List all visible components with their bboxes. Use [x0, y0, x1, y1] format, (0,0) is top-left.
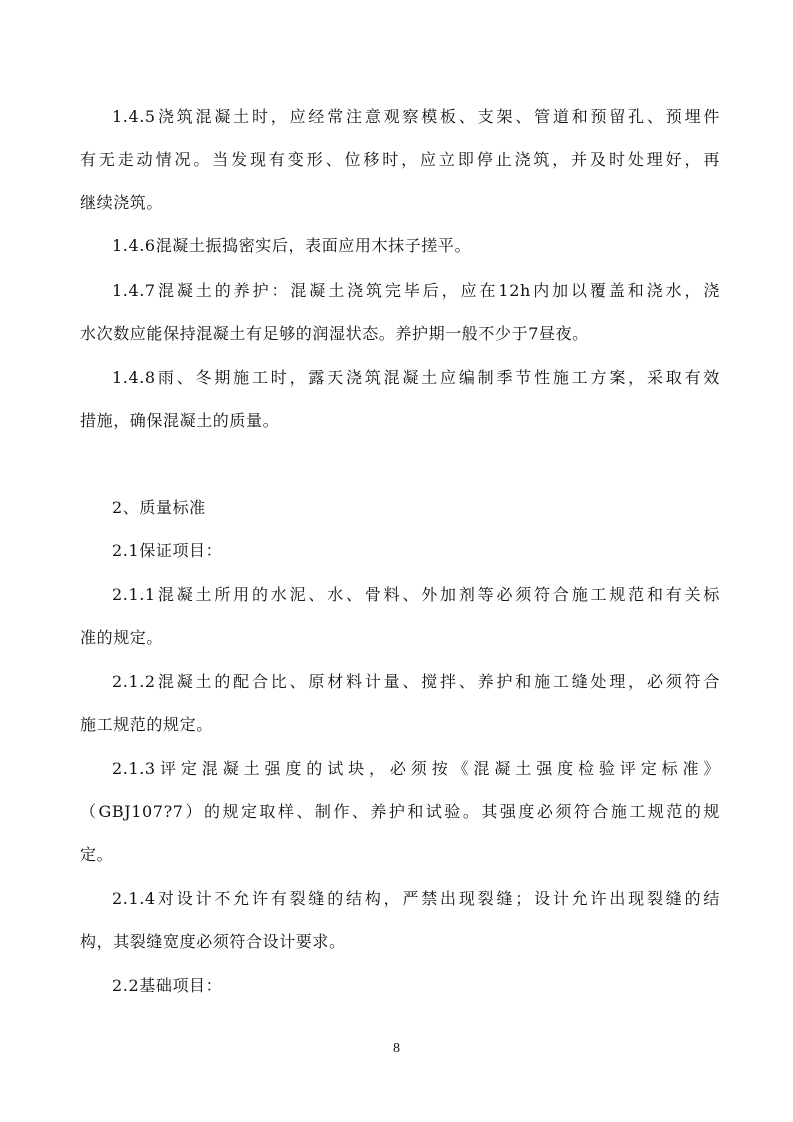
paragraph-1-4-7-line-2: 水次数应能保持混凝土有足够的润湿状态。养护期一般不少于7昼夜。 [80, 324, 720, 344]
paragraph-2-1-4-line-2: 构，其裂缝宽度必须符合设计要求。 [80, 932, 720, 952]
paragraph-1-4-6-line-1: 1.4.6混凝土振捣密实后，表面应用木抹子搓平。 [112, 236, 720, 256]
section-heading-quality-standard: 2、质量标准 [112, 498, 720, 518]
document-page: 1.4.5浇筑混凝土时，应经常注意观察模板、支架、管道和预留孔、预埋件 有无走动… [0, 0, 793, 1122]
page-number: 8 [0, 1040, 793, 1058]
paragraph-1-4-8-line-2: 措施，确保混凝土的质量。 [80, 411, 720, 431]
paragraph-1-4-7-line-1: 1.4.7混凝土的养护：混凝土浇筑完毕后，应在12h内加以覆盖和浇水，浇 [112, 281, 720, 301]
paragraph-2-1-3-line-3: 定。 [80, 845, 720, 865]
subsection-heading-basic-items: 2.2基础项目： [112, 976, 720, 996]
paragraph-1-4-5-line-1: 1.4.5浇筑混凝土时，应经常注意观察模板、支架、管道和预留孔、预埋件 [112, 107, 720, 127]
paragraph-2-1-2-line-1: 2.1.2混凝土的配合比、原材料计量、搅拌、养护和施工缝处理，必须符合 [112, 672, 720, 692]
paragraph-2-1-1-line-2: 准的规定。 [80, 628, 720, 648]
paragraph-2-1-3-line-2: （GBJ107?7）的规定取样、制作、养护和试验。其强度必须符合施工规范的规 [80, 802, 720, 822]
paragraph-1-4-5-line-3: 继续浇筑。 [80, 193, 720, 213]
subsection-heading-guarantee-items: 2.1保证项目： [112, 541, 720, 561]
paragraph-2-1-3-line-1: 2.1.3评定混凝土强度的试块，必须按《混凝土强度检验评定标准》 [112, 759, 720, 779]
paragraph-1-4-8-line-1: 1.4.8雨、冬期施工时，露天浇筑混凝土应编制季节性施工方案，采取有效 [112, 368, 720, 388]
paragraph-1-4-5-line-2: 有无走动情况。当发现有变形、位移时，应立即停止浇筑，并及时处理好，再 [80, 150, 720, 170]
paragraph-2-1-1-line-1: 2.1.1混凝土所用的水泥、水、骨料、外加剂等必须符合施工规范和有关标 [112, 585, 720, 605]
paragraph-2-1-2-line-2: 施工规范的规定。 [80, 715, 720, 735]
paragraph-2-1-4-line-1: 2.1.4对设计不允许有裂缝的结构，严禁出现裂缝；设计允许出现裂缝的结 [112, 889, 720, 909]
